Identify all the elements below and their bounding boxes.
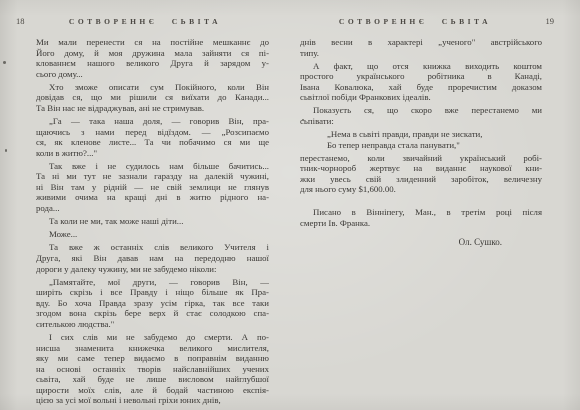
text-line: Та ні ми тут не зазнали гаразду на далек… [36,171,269,182]
text-line: щирости моїх слів, але й бодай частиною … [36,385,269,396]
text-line: ширіть скрізь і все Правду і ніщо більше… [36,287,269,298]
page-body-left: Ми мали перенести ся на постійне мешканн… [36,37,269,406]
running-title-right: СОТВОРЕННЄ СЬВІТА [290,17,540,26]
text-line: живими очима на кращі дні в житю рідного… [36,192,269,203]
text-line: ні Він там у рідній — не свій землици не… [36,182,269,193]
text-line: Хто зможе описати сум Покійного, коли Ві… [36,82,269,93]
text-line: щаючись з нами перед відїздом. — „Розсип… [36,127,269,138]
text-line: Бо тепер неправда стала панувати," [300,140,542,151]
paragraph: днів весни в характері „ученого" австрій… [300,37,542,58]
text-line: Ми мали перенести ся на постійне мешканн… [36,37,269,48]
text-line: вду. Бо хоча Правда зразу усім гірка, та… [36,298,269,309]
text-line: Показуєть ся, що скоро вже перестанемо м… [300,105,542,116]
page-right: 19 СОТВОРЕННЄ СЬВІТА днів весни в характ… [290,0,580,410]
text-line: Та вже ж останніх слів великого Учителя … [36,242,269,253]
text-line: нисша знаменита книжечка великого мислит… [36,343,269,354]
paragraph: І сих слів ми не забудемо до смерти. А п… [36,332,269,406]
text-line: „Га — така наша доля, — говорив Він, пра… [36,116,269,127]
text-line: Та коли не ми, так може наші діти... [36,216,269,227]
running-title-left: СОТВОРЕННЄ СЬВІТА [0,17,290,26]
text-line: перестанемо, коли звичайний український … [300,153,542,164]
text-line: Івана Ковалюка, хай буде проречистим док… [300,82,542,93]
text-line: згодом вона скрізь бере верх й стає соло… [36,308,269,319]
paragraph: Та вже ж останніх слів великого Учителя … [36,242,269,274]
text-line: тник-чорнороб жертвує на виданнє науково… [300,163,542,174]
text-line: Його дому, й моя дружина мала зайняти ся… [36,48,269,59]
text-line: Та Він нас не відраджував, ані не стриму… [36,103,269,114]
right-page-paragraphs: днів весни в характері „ученого" австрій… [300,37,542,228]
text-line: сього дому... [36,69,269,80]
author-signature: Ол. Сушко. [300,237,542,248]
page-left: 18 СОТВОРЕННЄ СЬВІТА Ми мали перенести с… [0,0,290,410]
paragraph: Та коли не ми, так може наші діти... [36,216,269,227]
text-line: простого українського робітника в Канаді… [300,71,542,82]
paragraph: перестанемо, коли звичайний український … [300,153,542,195]
text-line: „Памятайте, мої други, — говорив Він, — [36,277,269,288]
text-line: цією за усі мої вольні і невольні гріхи … [36,395,269,406]
page-number-right: 19 [546,16,555,26]
text-line: на основі останніх творів найславнійших … [36,364,269,375]
text-line: жки увесь свій злиденний заробіток, вели… [300,174,542,185]
text-line: дороги у далеку чужину, ми не забудемо н… [36,264,269,275]
text-line: днів весни в характері „ученого" австрій… [300,37,542,48]
text-line: коли в житю?..." [36,148,269,159]
text-line: „Нема в сьвіті правди, правди не зискати… [300,129,542,140]
text-line: сьвітлої побіди Франкових ідеалів. [300,92,542,103]
paragraph: Так вже і не судилось нам більше бачитис… [36,161,269,214]
text-line: смерти Ів. Франка. [300,218,542,229]
paragraph: Може... [36,229,269,240]
paragraph: Ми мали перенести ся на постійне мешканн… [36,37,269,79]
paragraph: Писано в Вінніпегу, Ман., в третім році … [300,207,542,228]
text-line: А факт, що отся книжка виходить коштом [300,61,542,72]
paragraph: А факт, що отся книжка виходить коштомпр… [300,61,542,103]
text-line: яку ми саме тепер видаємо в поправнім ви… [36,353,269,364]
paragraph: „Га — така наша доля, — говорив Він, пра… [36,116,269,158]
text-line: сьпівати: [300,116,542,127]
paragraph: „Нема в сьвіті правди, правди не зискати… [300,129,542,150]
page-body-right: днів весни в характері „ученого" австрій… [300,37,542,248]
text-line: сьвіта, хай буде не лише висловом найглу… [36,374,269,385]
text-line: клованнєм нашого великого Друга й зарядо… [36,58,269,69]
paragraph: „Памятайте, мої други, — говорив Він, —ш… [36,277,269,330]
book-spread: 18 СОТВОРЕННЄ СЬВІТА Ми мали перенести с… [0,0,580,410]
text-line: для нього суму $1,600.00. [300,184,542,195]
text-line: ся, як кленове листе... Та чи побачимо с… [36,137,269,148]
paragraph: Хто зможе описати сум Покійного, коли Ві… [36,82,269,114]
text-line: Може... [36,229,269,240]
text-line: Так вже і не судилось нам більше бачитис… [36,161,269,172]
text-line: Писано в Вінніпегу, Ман., в третім році … [300,207,542,218]
paragraph: Показуєть ся, що скоро вже перестанемо м… [300,105,542,126]
text-line: І сих слів ми не забудемо до смерти. А п… [36,332,269,343]
text-line: рода... [36,203,269,214]
text-line: типу. [300,48,542,59]
text-line: сителькою людства." [36,319,269,330]
text-line: довідав ся, що ми рішили ся виїхати до К… [36,92,269,103]
text-line: Друга, які Він давав нам на передодню на… [36,253,269,264]
